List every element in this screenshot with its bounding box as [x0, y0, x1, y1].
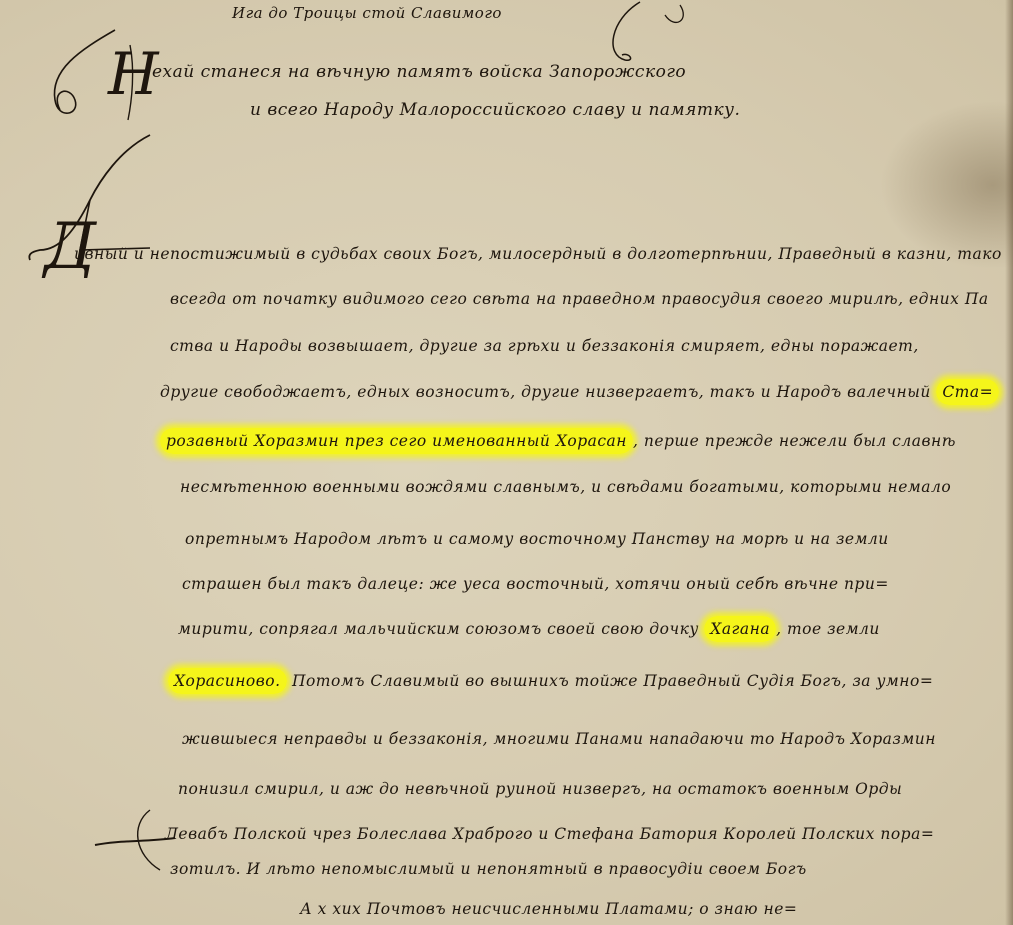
body-line-8: страшен был такъ далеце: же уеса восточн… — [182, 575, 889, 593]
body-line-14: зотилъ. И лѣто непомыслимый и непонятный… — [170, 860, 807, 878]
body-line-3: ства и Народы возвышает, другие за грѣхи… — [170, 337, 919, 355]
title-line: Ига до Троицы стой Славимого — [232, 4, 502, 22]
line-text: опретнымъ Народом лѣтъ и самому восточно… — [185, 530, 889, 548]
highlighted-term: Ста= — [936, 379, 999, 405]
highlighted-term: Хагана — [704, 616, 776, 642]
body-line-9: мирити, сопрягал мальчийским союзомъ сво… — [178, 620, 880, 638]
line-text: другие свободжаетъ, едных возноситъ, дру… — [160, 383, 936, 401]
highlighted-term: Хорасиново. — [168, 668, 287, 694]
margin-flourish-icon — [90, 800, 180, 880]
body-line-10: Хорасиново. Потомъ Славимый во вышнихъ т… — [168, 672, 933, 690]
dedication-line-2: и всего Народу Малороссийского славу и п… — [250, 100, 740, 120]
dedication-capital: Н — [108, 40, 159, 108]
body-line-13: Левабъ Полской чрез Болеслава Храброго и… — [165, 825, 934, 843]
body-line-6: несмѣтенною военными вождями славнымъ, и… — [180, 478, 951, 496]
manuscript-page: Ига до Троицы стой Славимого Н ехай стан… — [0, 0, 1013, 925]
line-text: зотилъ. — [170, 860, 241, 878]
line-text: жившыеся неправды и беззаконія, многими … — [182, 730, 936, 748]
body-line-11: жившыеся неправды и беззаконія, многими … — [182, 730, 936, 748]
body-line-1: ивный и непостижимый в судьбах своих Бог… — [74, 245, 1002, 263]
body-line-7: опретнымъ Народом лѣтъ и самому восточно… — [185, 530, 889, 548]
line-text: , тое земли — [776, 620, 880, 638]
line-text: мирити, сопрягал мальчийским союзомъ сво… — [178, 620, 704, 638]
line-text: ства и Народы возвышает, другие за грѣхи… — [170, 337, 919, 355]
line-text: И лѣто непомыслимый и непонятный в право… — [241, 860, 807, 878]
highlighted-term: розавный Хоразмин през сего именованный … — [160, 428, 633, 454]
body-line-4: другие свободжаетъ, едных возноситъ, дру… — [160, 383, 999, 401]
body-line-5: розавный Хоразмин през сего именованный … — [160, 432, 956, 450]
body-line-12: понизил смирил, и аж до невѣчной руиной … — [178, 780, 902, 798]
line-text: всегда от початку видимого сего свѣта на… — [170, 290, 989, 308]
page-edge-shadow — [1005, 0, 1013, 925]
line-text: , перше прежде нежели был славнѣ — [633, 432, 956, 450]
line-text: несмѣтенною военными вождями славнымъ, и… — [180, 478, 951, 496]
dedication-line-1: ехай станеся на вѣчную памятъ войска Зап… — [152, 62, 686, 82]
line-text: А х хих Почтовъ неисчисленными Платами; … — [300, 900, 797, 918]
line-text: понизил смирил, и аж до невѣчной руиной … — [178, 780, 902, 798]
line-text: Левабъ Полской чрез Болеслава Храброго и… — [165, 825, 934, 843]
line-text: ивный и непостижимый в судьбах своих Бог… — [74, 245, 1002, 263]
body-line-15: А х хих Почтовъ неисчисленными Платами; … — [300, 900, 797, 918]
line-text: страшен был такъ далеце: же уеса восточн… — [182, 575, 889, 593]
body-line-2: всегда от початку видимого сего свѣта на… — [170, 290, 989, 308]
line-text: Потомъ Славимый во вышнихъ тойже Праведн… — [287, 672, 934, 690]
